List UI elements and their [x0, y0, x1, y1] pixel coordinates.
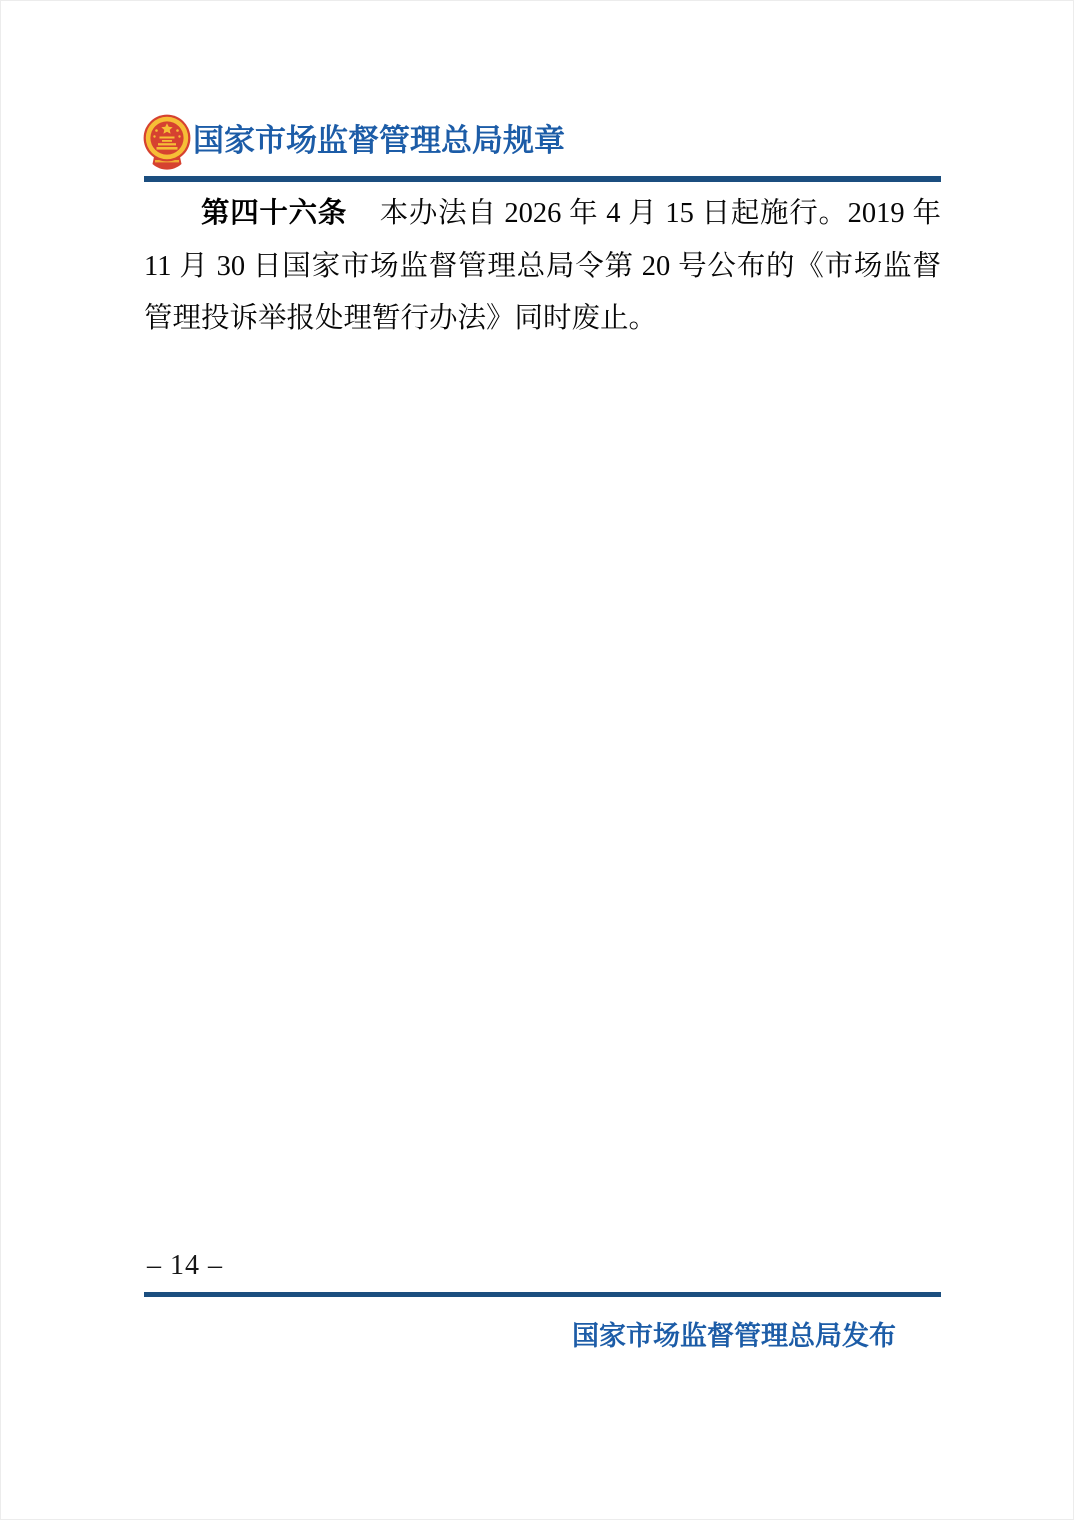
paragraph-line-2: 11 月 30 日国家市场监督管理总局令第 20 号公布的《市场监督 [144, 241, 941, 294]
page-number: – 14 – [147, 1250, 223, 1282]
article-paragraph: 第四十六条本办法自 2026 年 4 月 15 日起施行。2019 年 11 月… [144, 187, 941, 346]
header-title: 国家市场监督管理总局规章 [193, 125, 565, 156]
national-emblem-icon [142, 114, 192, 172]
publisher-label: 国家市场监督管理总局发布 [572, 1321, 896, 1351]
header-rule [144, 176, 941, 182]
paragraph-line-1: 第四十六条本办法自 2026 年 4 月 15 日起施行。2019 年 [144, 187, 941, 241]
article-number: 第四十六条 [201, 197, 347, 229]
line1-text: 本办法自 2026 年 4 月 15 日起施行。2019 年 [379, 198, 941, 229]
document-page: 国家市场监督管理总局规章 第四十六条本办法自 2026 年 4 月 15 日起施… [0, 0, 1074, 1520]
document-body: 第四十六条本办法自 2026 年 4 月 15 日起施行。2019 年 11 月… [144, 187, 941, 346]
publisher-row: 国家市场监督管理总局发布 [144, 1318, 896, 1354]
document-header: 国家市场监督管理总局规章 [142, 114, 565, 172]
paragraph-line-3: 管理投诉举报处理暂行办法》同时废止。 [144, 293, 941, 346]
footer-rule [144, 1292, 941, 1297]
